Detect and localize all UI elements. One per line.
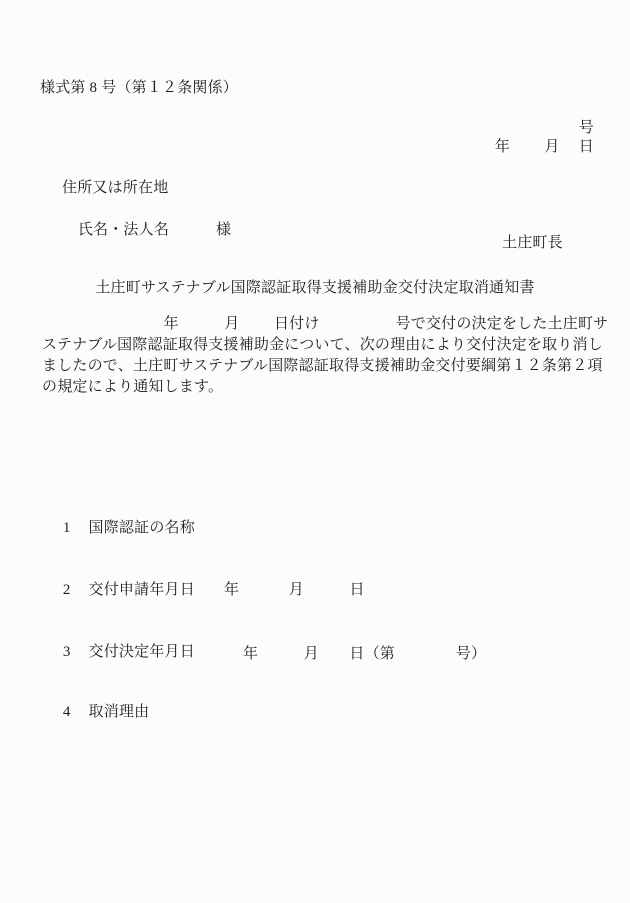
item-label: 交付申請年月日 — [89, 582, 195, 598]
item-2-date-blank: 年 月 日 — [224, 580, 365, 600]
recipient-address-label: 住所又は所在地 — [62, 178, 168, 198]
body-line: ましたので、土庄町サステナブル国際認証取得支援補助金交付要綱第１２条第２項 — [42, 356, 598, 377]
item-3-date-blank: 年 月 日（第 号） — [243, 644, 486, 664]
item-label: 国際認証の名称 — [89, 520, 195, 536]
recipient-name-label: 氏名・法人名 — [78, 222, 169, 238]
recipient-name-line: 氏名・法人名様 — [62, 200, 231, 260]
item-label: 取消理由 — [89, 704, 150, 720]
body-paragraph: 年 月 日付け 号で交付の決定をした土庄町サ ステナブル国際認証取得支援補助金に… — [42, 314, 598, 398]
document-title: 土庄町サステナブル国際認証取得支援補助金交付決定取消通知書 — [0, 278, 630, 298]
form-number: 様式第 8 号（第１２条関係） — [40, 78, 238, 98]
recipient-honorific: 様 — [216, 222, 231, 238]
item-row-3: 3交付決定年月日 — [47, 622, 195, 682]
item-number: 4 — [63, 704, 71, 720]
item-number: 1 — [63, 520, 71, 536]
body-line: の規定により通知します。 — [42, 377, 598, 398]
item-row-1: 1国際認証の名称 — [47, 498, 195, 558]
item-row-2: 2交付申請年月日 — [47, 560, 195, 620]
body-line: 年 月 日付け 号で交付の決定をした土庄町サ — [42, 314, 598, 335]
item-number: 2 — [63, 582, 71, 598]
document-page: 様式第 8 号（第１２条関係） 号 年 月 日 住所又は所在地 氏名・法人名様 … — [0, 0, 630, 903]
doc-number-blank: 号 — [579, 118, 594, 138]
doc-date-blank: 年 月 日 — [495, 137, 594, 157]
item-number: 3 — [63, 644, 71, 660]
sender-name: 土庄町長 — [502, 233, 563, 253]
item-row-4: 4取消理由 — [47, 682, 149, 742]
body-line: ステナブル国際認証取得支援補助金について、次の理由により交付決定を取り消し — [42, 335, 598, 356]
item-label: 交付決定年月日 — [89, 644, 195, 660]
